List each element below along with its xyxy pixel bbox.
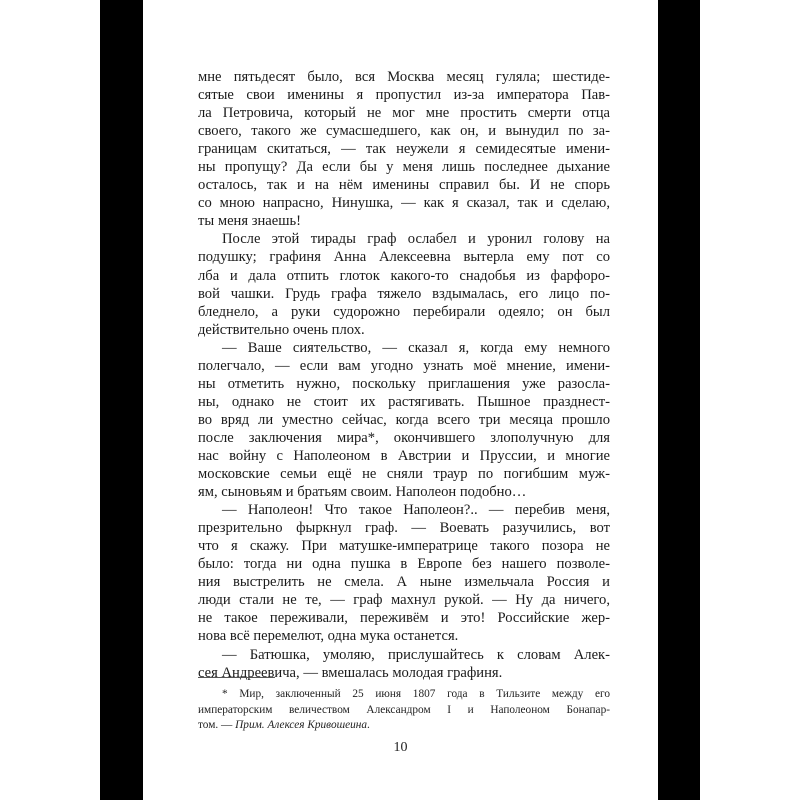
text-line: что я скажу. При матушке-императрице так…: [198, 537, 610, 555]
text-line: границам скитаться, — так неужели я семи…: [198, 140, 610, 158]
text-line: ты меня знаешь!: [198, 212, 610, 230]
text-line: со мною напрасно, Нинушка, — как я сказа…: [198, 194, 610, 212]
text-line: ла Петровича, который не мог мне простит…: [198, 104, 610, 122]
text-line: мне пятьдесят было, вся Москва месяц гул…: [198, 68, 610, 86]
footnote-line: * Мир, заключенный 25 июня 1807 года в Т…: [198, 687, 610, 703]
footnote-attribution: Прим. Алексея Кривошеина: [235, 719, 367, 731]
text-line: сея Андреевича, — вмешалась молодая граф…: [198, 664, 610, 682]
text-line: сятые свои именины я пропустил из-за имп…: [198, 86, 610, 104]
footnote: * Мир, заключенный 25 июня 1807 года в Т…: [198, 687, 610, 734]
text-line: — Ваше сиятельство, — сказал я, когда ем…: [198, 339, 610, 357]
text-line: — Наполеон! Что такое Наполеон?.. — пере…: [198, 501, 610, 519]
text-line: бледнело, а руки судорожно перебирали од…: [198, 303, 610, 321]
footnote-prefix: том. —: [198, 719, 235, 731]
text-line: московские семьи ещё не сняли траур по п…: [198, 465, 610, 483]
text-line: вой чашки. Грудь графа тяжело вздымалась…: [198, 285, 610, 303]
page-number: 10: [143, 740, 658, 756]
text-line: лба и дала отпить глоток какого-то снадо…: [198, 267, 610, 285]
main-text-body: мне пятьдесят было, вся Москва месяц гул…: [198, 68, 610, 682]
text-line: ям, сыновьям и братьям своим. Наполеон п…: [198, 483, 610, 501]
text-line: во вряд ли уместно сейчас, когда всего т…: [198, 411, 610, 429]
text-line: после заключения мира*, окончившего злоп…: [198, 429, 610, 447]
text-line: не такое переживали, переживём и это! Ро…: [198, 609, 610, 627]
footnote-line: том. — Прим. Алексея Кривошеина.: [198, 718, 610, 734]
right-black-border: [658, 0, 700, 800]
text-line: ны пропущу? Да если бы у меня лишь после…: [198, 158, 610, 176]
text-line: было: тогда ни одна пушка в Европе без н…: [198, 555, 610, 573]
text-line: ния выстрелить не смела. А ныне измельча…: [198, 573, 610, 591]
text-line: ны отметить нужно, поскольку приглашения…: [198, 375, 610, 393]
text-line: полегчало, — если вам угодно узнать моё …: [198, 357, 610, 375]
text-line: люди стали не те, — граф махнул рукой. —…: [198, 591, 610, 609]
text-line: осталось, так и на нём именины справил б…: [198, 176, 610, 194]
text-line: нас войну с Наполеоном в Австрии и Прусс…: [198, 447, 610, 465]
text-line: своего, такого же сумасшедшего, как он, …: [198, 122, 610, 140]
footnote-separator: [198, 677, 275, 678]
book-page: мне пятьдесят было, вся Москва месяц гул…: [143, 0, 658, 800]
text-line: подушку; графиня Анна Алексеевна вытерла…: [198, 248, 610, 266]
footnote-end: .: [367, 719, 370, 731]
text-line: После этой тирады граф ослабел и уронил …: [198, 230, 610, 248]
footnote-line: императорским величеством Александром I …: [198, 703, 610, 719]
text-line: действительно очень плох.: [198, 321, 610, 339]
text-line: нова всё перемелют, одна мука останется.: [198, 627, 610, 645]
text-line: презрительно фыркнул граф. — Воевать раз…: [198, 519, 610, 537]
text-line: — Батюшка, умоляю, прислушайтесь к слова…: [198, 646, 610, 664]
left-black-border: [100, 0, 143, 800]
text-line: ны, однако не стоит их растягивать. Пышн…: [198, 393, 610, 411]
